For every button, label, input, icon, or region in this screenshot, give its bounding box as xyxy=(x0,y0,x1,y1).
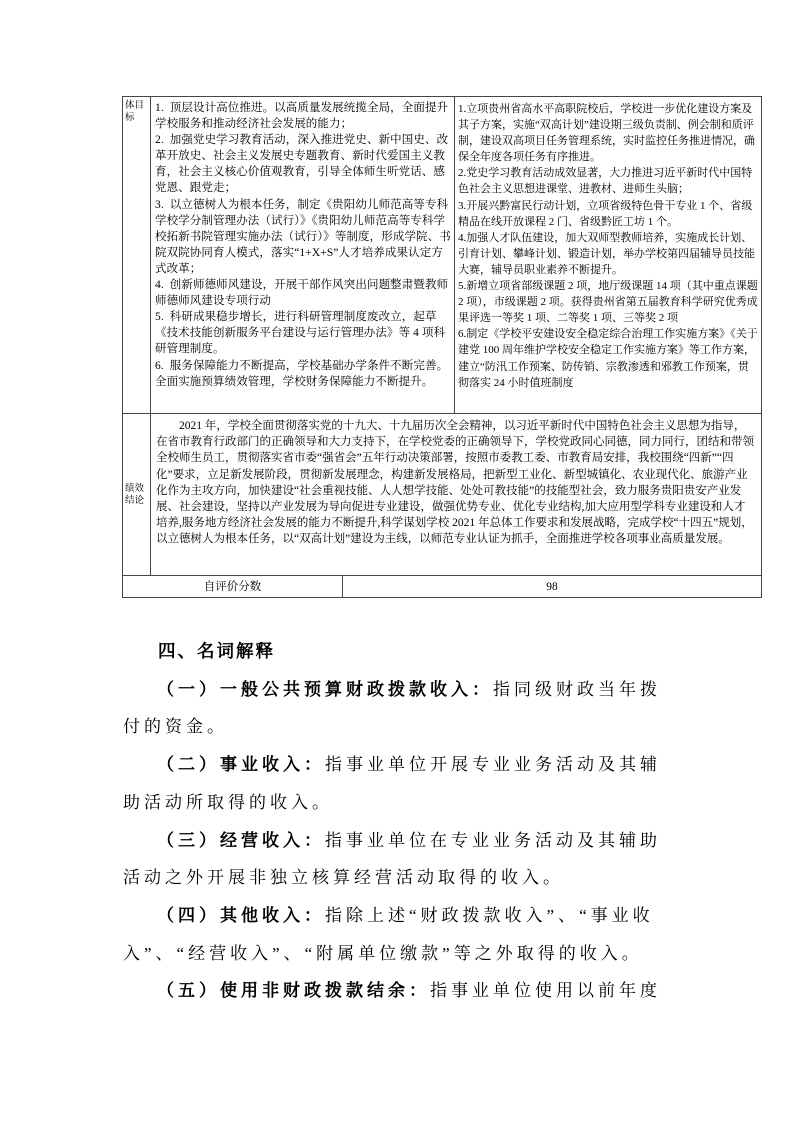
goal-header-cell: 体目标 xyxy=(123,97,151,414)
term-lead: （三）经营收入： xyxy=(157,831,325,850)
goals-row: 体目标 1. 顶层设计高位推进。以高质量发展统揽全局，全面提升学校服务和推动经济… xyxy=(123,97,762,414)
goal-header-label: 体目标 xyxy=(125,100,150,124)
conclusion-header-line: 绩效 xyxy=(125,483,150,495)
glossary-heading: 四、名词解释 xyxy=(123,633,674,671)
conclusion-cell: 2021 年，学校全面贯彻落实党的十九大、十九届历次全会精神，以习近平新时代中国… xyxy=(151,414,762,576)
conclusion-header-line: 结论 xyxy=(125,495,150,507)
result-item: 5.新增立项省部级课题 2 项，地厅级课题 14 项（其中重点课题 2 项），市… xyxy=(458,278,759,326)
performance-self-evaluation-table: 体目标 1. 顶层设计高位推进。以高质量发展统揽全局，全面提升学校服务和推动经济… xyxy=(122,96,762,598)
conclusion-header-cell: 绩效 结论 xyxy=(123,414,151,576)
goal-item: 6. 服务保障能力不断提高，学校基础办学条件不断完善。全面实施预算绩效管理，学校… xyxy=(155,358,451,390)
term-lead: （二）事业收入： xyxy=(157,755,325,774)
glossary-term: （二）事业收入：指事业单位开展专业业务活动及其辅助活动所取得的收入。 xyxy=(123,746,674,821)
result-item: 1.立项贵州省高水平高职院校后，学校进一步优化建设方案及其子方案，实施“双高计划… xyxy=(458,101,759,165)
goal-item: 5. 科研成果稳步增长，进行科研管理制度废改立，起草《技术技能创新服务平台建设与… xyxy=(155,309,451,357)
result-item: 2.党史学习教育活动成效显著，大力推进习近平新时代中国特色社会主义思想进课堂、进… xyxy=(458,165,759,197)
glossary-section: 四、名词解释 （一）一般公共预算财政拨款收入：指同级财政当年拨付的资金。 （二）… xyxy=(123,633,674,1010)
score-label-cell: 自评价分数 xyxy=(123,576,343,598)
execution-results-cell: 1.立项贵州省高水平高职院校后，学校进一步优化建设方案及其子方案，实施“双高计划… xyxy=(455,97,762,414)
conclusion-paragraph: 2021 年，学校全面贯彻落实党的十九大、十九届历次全会精神，以习近平新时代中国… xyxy=(156,418,756,548)
result-item: 6.制定《学校平安建设安全稳定综合治理工作实施方案》《关于建党 100 周年维护… xyxy=(458,326,759,390)
glossary-term: （一）一般公共预算财政拨款收入：指同级财政当年拨付的资金。 xyxy=(123,671,674,746)
goal-item: 3. 以立德树人为根本任务，制定《贵阳幼儿师范高等专科学校学分制管理办法（试行）… xyxy=(155,197,451,277)
score-row: 自评价分数 98 xyxy=(123,576,762,598)
term-lead: （五）使用非财政拨款结余： xyxy=(157,981,430,1000)
document-page: 体目标 1. 顶层设计高位推进。以高质量发展统揽全局，全面提升学校服务和推动经济… xyxy=(0,0,793,1122)
goal-item: 1. 顶层设计高位推进。以高质量发展统揽全局，全面提升学校服务和推动经济社会发展… xyxy=(155,100,451,132)
goal-item: 4. 创新师德师风建设，开展干部作风突出问题整肃暨教师师德师风建设专项行动 xyxy=(155,277,451,309)
term-definition: 指事业单位使用以前年度 xyxy=(430,981,661,1000)
goal-item: 2. 加强党史学习教育活动，深入推进党史、新中国史、改革开放史、社会主义发展史专… xyxy=(155,132,451,196)
glossary-term: （四）其他收入：指除上述“财政拨款收入”、“事业收入”、“经营收入”、“附属单位… xyxy=(123,897,674,972)
result-item: 4.加强人才队伍建设，加大双师型教师培养，实施成长计划、引育计划、攀峰计划、锻造… xyxy=(458,230,759,278)
glossary-term: （三）经营收入：指事业单位在专业业务活动及其辅助活动之外开展非独立核算经营活动取… xyxy=(123,822,674,897)
glossary-term: （五）使用非财政拨款结余：指事业单位使用以前年度 xyxy=(123,972,674,1010)
term-lead: （一）一般公共预算财政拨款收入： xyxy=(157,680,493,699)
term-lead: （四）其他收入： xyxy=(157,906,325,925)
conclusion-row: 绩效 结论 2021 年，学校全面贯彻落实党的十九大、十九届历次全会精神，以习近… xyxy=(123,414,762,576)
result-item: 3.开展兴黔富民行动计划，立项省级特色骨干专业 1 个、省级精品在线开放课程 2… xyxy=(458,198,759,230)
annual-goals-cell: 1. 顶层设计高位推进。以高质量发展统揽全局，全面提升学校服务和推动经济社会发展… xyxy=(151,97,455,414)
score-value-cell: 98 xyxy=(343,576,762,598)
